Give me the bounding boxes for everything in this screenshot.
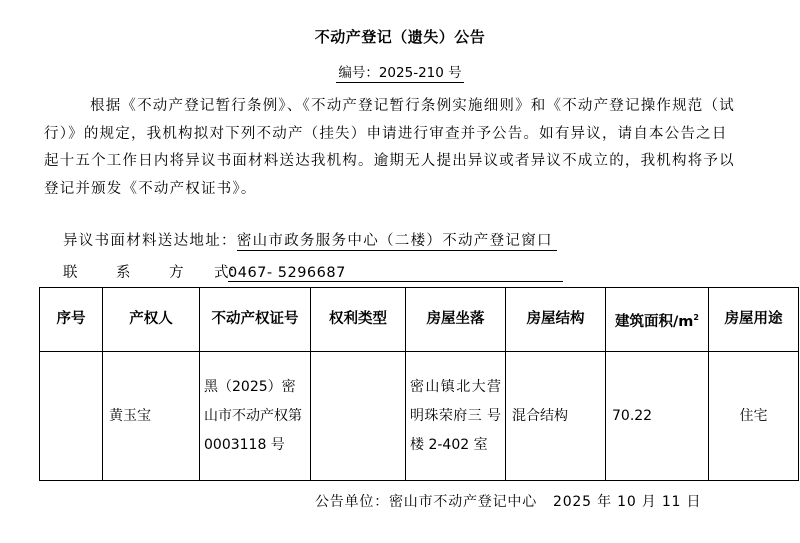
contact-info: 联系方式： 0467- 5296687 [63, 261, 563, 282]
document-number: 编号：2025-210 号 [0, 61, 800, 81]
table-header-row: 序号 产权人 不动产权证号 权利类型 房屋坐落 房屋结构 建筑面积/m2 房屋用… [40, 288, 799, 352]
body-line: 起十五个工作日内将异议书面材料送达我机构。逾期无人提出异议或者异议不成立的，我机… [44, 148, 779, 176]
document-number-label: 编号： [338, 65, 379, 81]
header-area: 建筑面积/m2 [606, 288, 709, 352]
cell-index [40, 352, 103, 481]
body-line: 登记并颁发《不动产权证书》。 [44, 176, 779, 204]
document-number-value: 2025-210 号 [379, 65, 462, 81]
cell-owner: 黄玉宝 [103, 352, 200, 481]
header-certificate-no: 不动产权证号 [200, 288, 311, 352]
cell-area: 70.22 [606, 352, 709, 481]
contact-label: 联系方式： [63, 261, 228, 282]
issue-date: 2025 年 10 月 11 日 [553, 494, 701, 510]
footer: 公告单位：密山市不动产登记中心2025 年 10 月 11 日 [315, 491, 701, 511]
announcement-body: 根据《不动产登记暂行条例》、《不动产登记暂行条例实施细则》和《不动产登记操作规范… [44, 93, 779, 203]
header-right-type: 权利类型 [311, 288, 406, 352]
cell-location: 密山镇北大营明珠荣府三 号 楼 2-402 室 [406, 352, 506, 481]
cell-certificate-no: 黑（2025）密山市不动产权第 0003118 号 [200, 352, 311, 481]
registration-table: 序号 产权人 不动产权证号 权利类型 房屋坐落 房屋结构 建筑面积/m2 房屋用… [39, 287, 799, 481]
body-line: 行）》的规定，我机构拟对下列不动产（挂失）申请进行审查并予公告。如有异议，请自本… [44, 121, 779, 149]
objection-address-value: 密山市政务服务中心（二楼）不动产登记窗口 [237, 229, 557, 251]
header-structure: 房屋结构 [506, 288, 606, 352]
cell-structure: 混合结构 [506, 352, 606, 481]
contact-label-char: 系 [116, 261, 169, 282]
contact-label-char: 方 [169, 261, 214, 282]
header-owner: 产权人 [103, 288, 200, 352]
body-line: 根据《不动产登记暂行条例》、《不动产登记暂行条例实施细则》和《不动产登记操作规范… [44, 93, 779, 121]
cell-usage: 住宅 [709, 352, 799, 481]
header-location: 房屋坐落 [406, 288, 506, 352]
table-row: 黄玉宝 黑（2025）密山市不动产权第 0003118 号 密山镇北大营明珠荣府… [40, 352, 799, 481]
header-usage: 房屋用途 [709, 288, 799, 352]
page-title: 不动产登记（遗失）公告 [0, 26, 800, 47]
objection-address-label: 异议书面材料送达地址： [63, 233, 237, 249]
contact-label-char: 联 [63, 261, 116, 282]
objection-address: 异议书面材料送达地址：密山市政务服务中心（二楼）不动产登记窗口 [63, 229, 557, 251]
area-unit-superscript: 2 [693, 313, 699, 322]
contact-phone: 0467- 5296687 [228, 265, 563, 282]
header-area-label: 建筑面积/m [615, 313, 693, 329]
header-index: 序号 [40, 288, 103, 352]
cell-right-type [311, 352, 406, 481]
issuer: 公告单位：密山市不动产登记中心 [315, 494, 537, 510]
